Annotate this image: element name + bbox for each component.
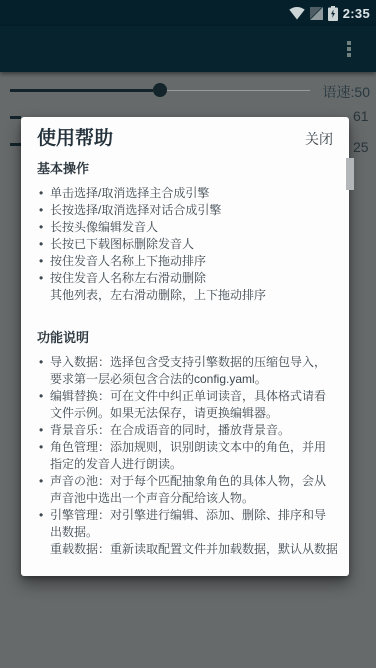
help-item: 背景音乐：在合成语音的同时，播放背景音。 [50,422,337,439]
wifi-icon [289,7,305,20]
help-item: 角色管理：添加规则，识别朗读文本中的角色，并用指定的发音人进行朗读。 [50,439,337,473]
speed-slider-track-inactive[interactable] [167,90,310,92]
basic-operations-list: 单击选择/取消选择主合成引擎长按选择/取消选择对话合成引擎长按头像编辑发音人长按… [37,185,337,304]
help-item: 按住发音人名称左右滑动删除 [50,270,337,287]
help-item: 按住发音人名称上下拖动排序 [50,253,337,270]
battery-charging-icon [328,6,338,21]
dialog-scrollbar[interactable] [346,158,354,190]
help-item: 长按头像编辑发音人 [50,219,337,236]
section-heading-basic: 基本操作 [37,161,337,176]
help-item: 声音の池：对于每个匹配抽象角色的具体人物，会从声音池中选出一个声音分配给该人物。 [50,473,337,507]
help-dialog: 使用帮助 关闭 基本操作 单击选择/取消选择主合成引擎长按选择/取消选择对话合成… [21,117,349,576]
status-bar-clock: 2:35 [343,6,370,21]
help-dialog-body: 基本操作 单击选择/取消选择主合成引擎长按选择/取消选择对话合成引擎长按头像编辑… [21,151,349,566]
no-sim-icon [310,7,323,20]
help-item: 导入数据：选择包含受支持引擎数据的压缩包导入，要求第一层必须包含合法的confi… [50,354,337,388]
speed-slider-track-active[interactable] [10,89,153,92]
help-item: 长按已下载图标删除发音人 [50,236,337,253]
slider2-track-fragment[interactable] [10,116,21,119]
help-dialog-title: 使用帮助 [37,127,113,151]
feature-description-list: 导入数据：选择包含受支持引擎数据的压缩包导入，要求第一层必须包含合法的confi… [37,354,337,558]
help-dialog-header: 使用帮助 关闭 [21,117,349,151]
help-item: 重载数据：重新读取配置文件并加载数据，默认从数据 [50,541,337,558]
speed-slider-label: 语速:50 [323,82,370,102]
help-item: 长按选择/取消选择对话合成引擎 [50,202,337,219]
overflow-menu-icon[interactable] [342,38,356,60]
speed-slider-thumb[interactable] [153,83,167,97]
slider3-value: 25 [353,139,369,155]
app-bar [0,26,376,72]
help-item: 编辑替换：可在文件中纠正单词读音，具体格式请看文件示例。如果无法保存，请更换编辑… [50,388,337,422]
close-button[interactable]: 关闭 [305,129,333,149]
slider3-track-fragment[interactable] [10,143,21,146]
status-bar: 2:35 [0,0,376,26]
slider2-value: 61 [353,108,369,124]
help-item: 引擎管理：对引擎进行编辑、添加、删除、排序和导出数据。 [50,507,337,541]
help-item: 其他列表，左右滑动删除，上下拖动排序 [50,287,337,304]
section-heading-features: 功能说明 [37,330,337,345]
phone-screen: 2:35 语速:50 61 25 使用帮助 关闭 基本操作 单击选择/取消选择主… [0,0,376,668]
help-item: 单击选择/取消选择主合成引擎 [50,185,337,202]
